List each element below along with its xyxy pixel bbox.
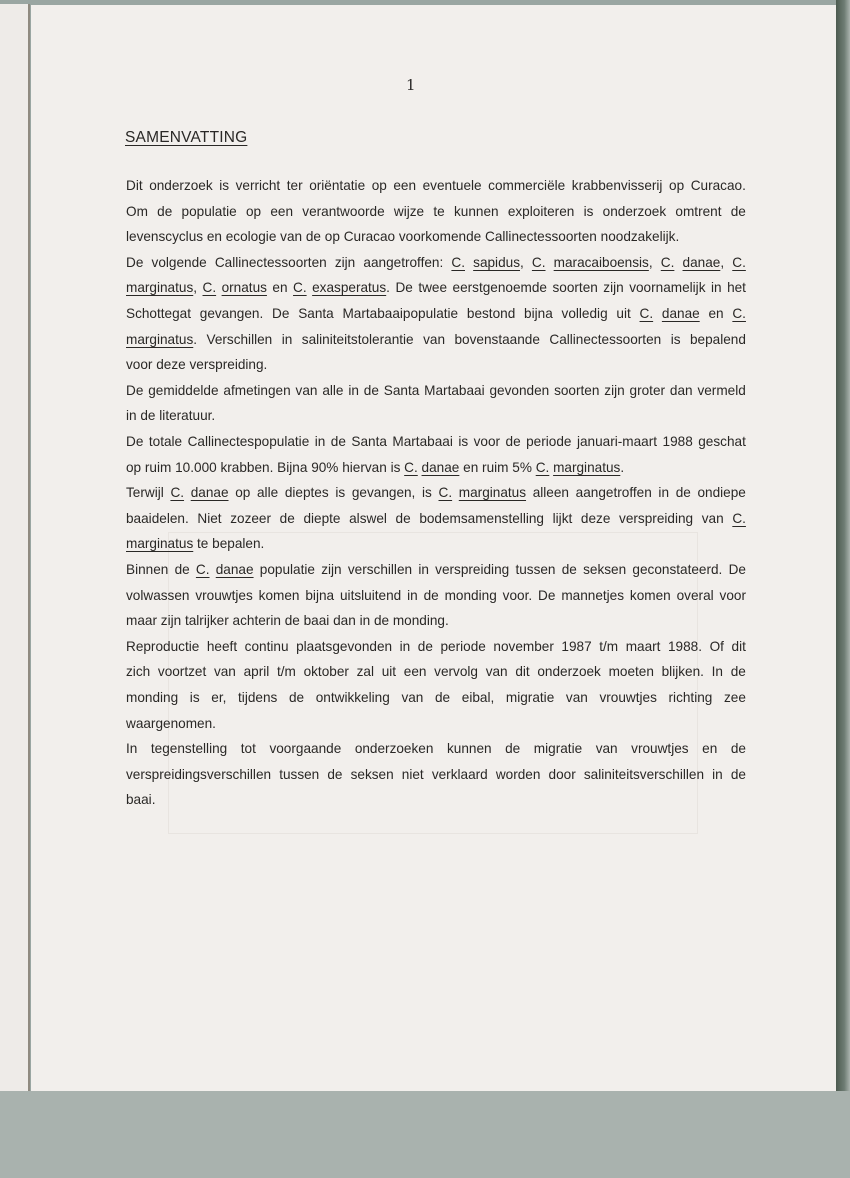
- scan-background: [0, 1091, 850, 1178]
- text-line: op ruim 10.000 krabben. Bijna 90% hierva…: [126, 460, 746, 480]
- text-line: DevolgendeCallinectessoortenzijnaangetro…: [126, 255, 746, 275]
- text-line: Schottegatgevangen.DeSantaMartabaaipopul…: [126, 306, 746, 326]
- section-heading: SAMENVATTING: [125, 129, 247, 147]
- adjacent-page-edge: [0, 4, 30, 1178]
- text-line: mondingiser,tijdensdeontwikkelingvandeei…: [126, 690, 746, 710]
- page-shadow: [836, 0, 850, 1178]
- text-line: baaidelen.Nietzozeerdedieptealsweldebode…: [126, 511, 746, 531]
- text-line: marginatus,C.ornatusenC.exasperatus.Detw…: [126, 280, 746, 300]
- text-line: marginatus.Verschilleninsaliniteitstoler…: [126, 332, 746, 352]
- text-line: maar zijn talrijker achterin de baai dan…: [126, 613, 746, 633]
- text-line: DegemiddeldeafmetingenvanalleindeSantaMa…: [126, 383, 746, 403]
- text-line: Ditonderzoekisverrichtteroriëntatieopeen…: [126, 178, 746, 198]
- text-line: Omdepopulatieopeenverantwoordewijzetekun…: [126, 204, 746, 224]
- text-line: waargenomen.: [126, 716, 746, 736]
- text-line: in de literatuur.: [126, 408, 746, 428]
- text-line: DetotaleCallinectespopulatieindeSantaMar…: [126, 434, 746, 454]
- text-line: voor deze verspreiding.: [126, 357, 746, 377]
- text-line: Reproductieheeftcontinuplaatsgevondenind…: [126, 639, 746, 659]
- text-line: BinnendeC.danaepopulatiezijnverschilleni…: [126, 562, 746, 582]
- text-line: volwassenvrouwtjeskomenbijnauitsluitendi…: [126, 588, 746, 608]
- text-line: baai.: [126, 792, 746, 812]
- text-line: zichvoortzetvanaprilt/moktoberzaluiteenv…: [126, 664, 746, 684]
- text-line: verspreidingsverschillentussendeseksenni…: [126, 767, 746, 787]
- text-line: Integenstellingtotvoorgaandeonderzoekenk…: [126, 741, 746, 761]
- page-number: 1: [406, 76, 416, 94]
- text-line: marginatus te bepalen.: [126, 536, 746, 556]
- text-line: TerwijlC.danaeopalledieptesisgevangen,is…: [126, 485, 746, 505]
- text-line: levenscyclus en ecologie van de op Curac…: [126, 229, 746, 249]
